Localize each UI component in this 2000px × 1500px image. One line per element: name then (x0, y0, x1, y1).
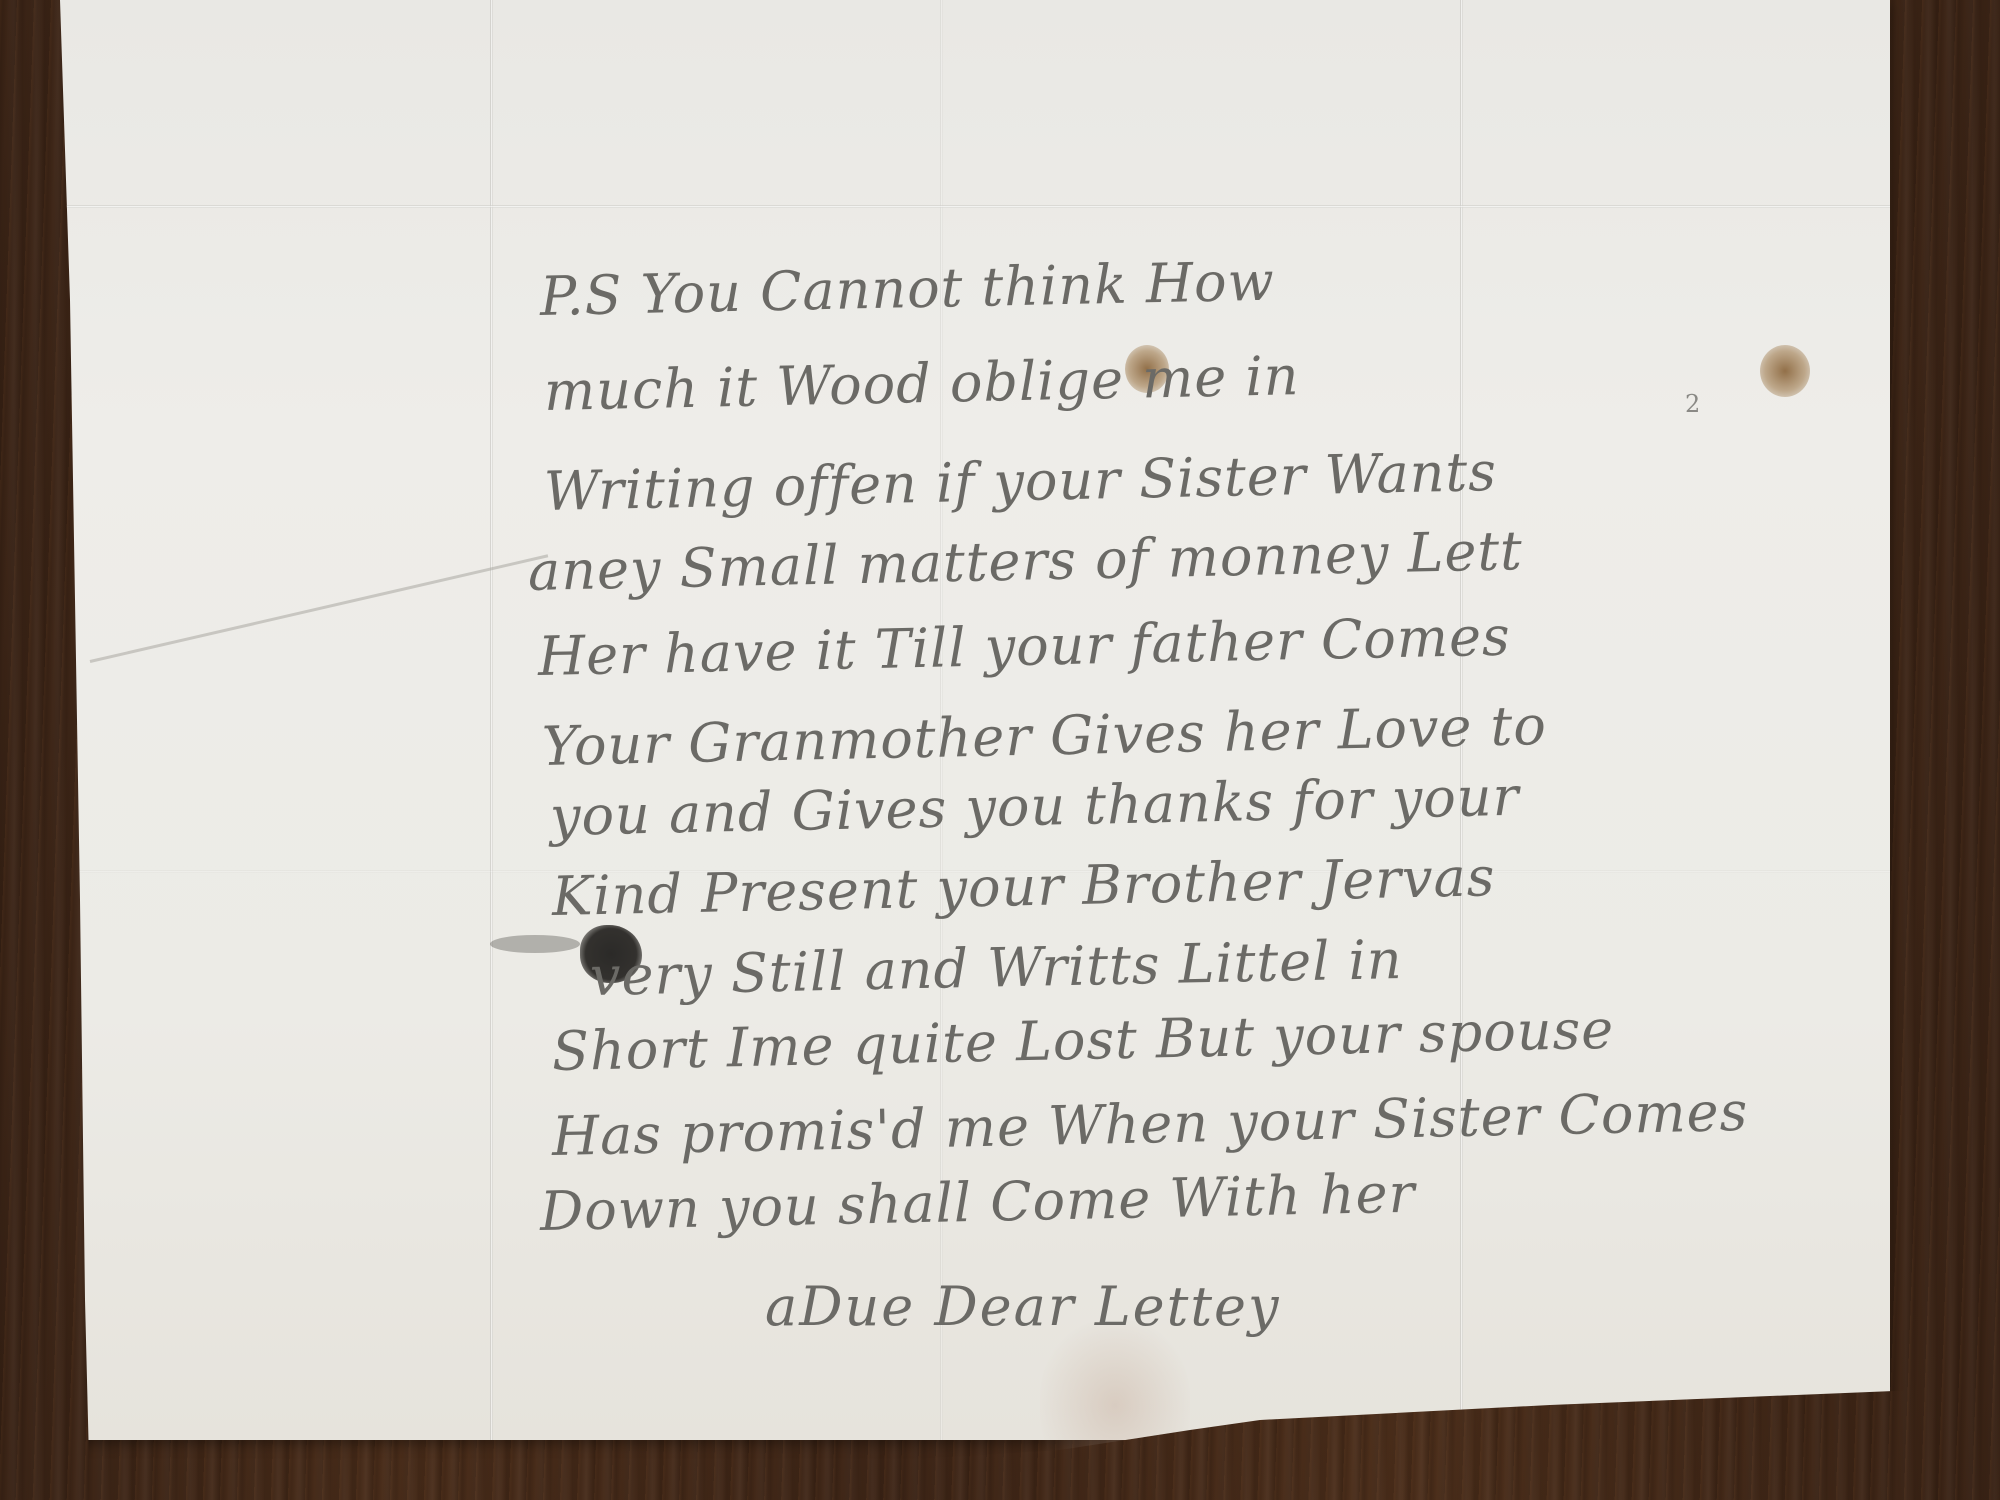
letter-closing-signature: aDue Dear Lettey (765, 1275, 1281, 1338)
ink-smear (490, 935, 580, 953)
water-stain (1040, 1320, 1190, 1490)
margin-mark: 2 (1685, 390, 1700, 418)
fold-line-horizontal-1 (60, 205, 1890, 208)
foxing-stain-right (1760, 345, 1810, 397)
paper-crease (90, 554, 549, 663)
fold-line-vertical-1 (490, 0, 493, 1440)
